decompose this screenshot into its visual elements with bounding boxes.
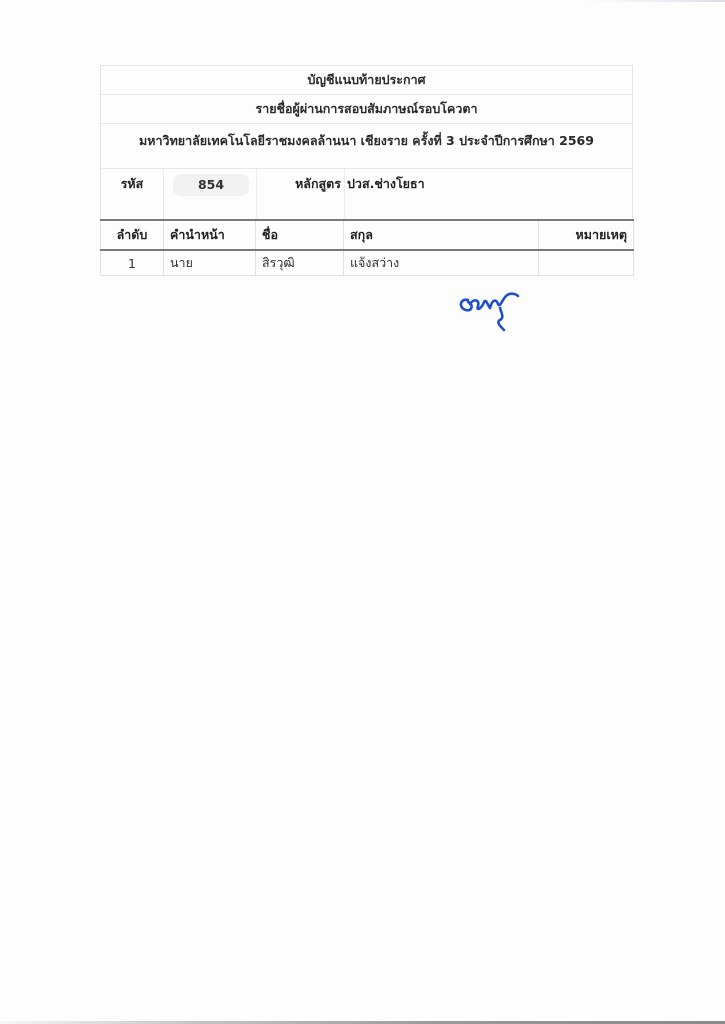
cell-last-name: แจ้งสว่าง: [344, 250, 539, 276]
header-remark: หมายเหตุ: [539, 220, 634, 250]
course-value: ปวส.ช่างโยธา: [347, 169, 425, 219]
document-title: บัญชีแนบท้ายประกาศ: [100, 65, 633, 94]
header-last-name: สกุล: [344, 220, 539, 250]
passed-candidates-table: ลำดับ คำนำหน้า ชื่อ สกุล หมายเหตุ 1 นาย …: [100, 219, 634, 276]
cell-first-name: สิรวุฒิ: [256, 250, 344, 276]
program-info-row: รหัส 854 หลักสูตร ปวส.ช่างโยธา: [100, 168, 633, 219]
announcement-attachment: บัญชีแนบท้ายประกาศ รายชื่อผู้ผ่านการสอบส…: [100, 65, 633, 276]
cell-prefix: นาย: [164, 250, 256, 276]
divider: [163, 169, 164, 219]
table-row: 1 นาย สิรวุฒิ แจ้งสว่าง: [101, 250, 634, 276]
header-first-name: ชื่อ: [256, 220, 344, 250]
cell-remark: [539, 250, 634, 276]
divider: [344, 169, 345, 219]
code-value: 854: [173, 174, 249, 196]
scan-top-edge: [0, 0, 725, 2]
header-prefix: คำนำหน้า: [164, 220, 256, 250]
code-label: รหัส: [101, 169, 163, 219]
signature-icon: [456, 286, 526, 334]
course-label: หลักสูตร: [256, 169, 341, 219]
cell-order: 1: [101, 250, 164, 276]
header-order: ลำดับ: [101, 220, 164, 250]
document-subtitle: รายชื่อผู้ผ่านการสอบสัมภาษณ์รอบโควตา: [100, 94, 633, 123]
table-header-row: ลำดับ คำนำหน้า ชื่อ สกุล หมายเหตุ: [101, 220, 634, 250]
institution-line: มหาวิทยาลัยเทคโนโลยีราชมงคลล้านนา เชียงร…: [100, 123, 633, 168]
